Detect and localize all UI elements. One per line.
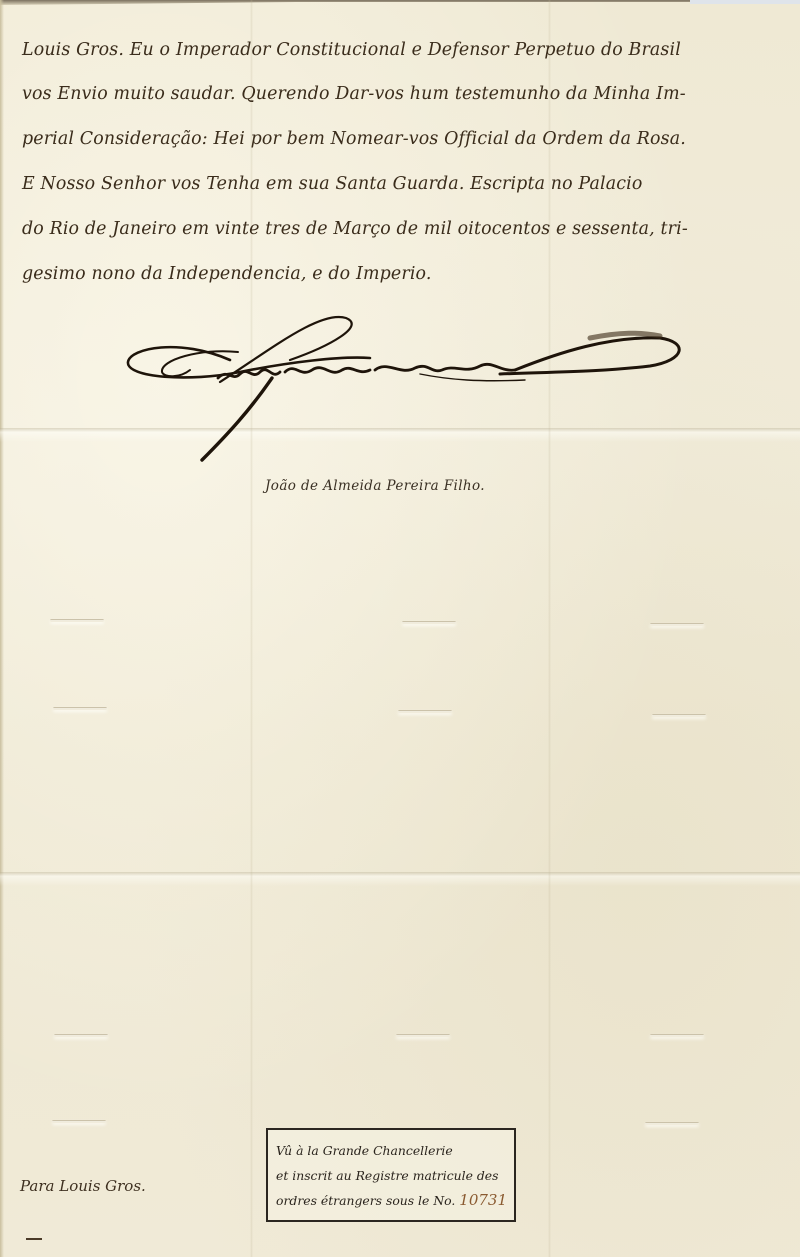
ribbon-slit: [645, 1122, 699, 1125]
registration-stamp: Vû à la Grande Chancellerie et inscrit a…: [266, 1128, 516, 1222]
letter-line: perial Consideração: Hei por bem Nomear-…: [22, 129, 686, 149]
ribbon-slit: [52, 1120, 106, 1123]
ribbon-slit: [50, 619, 104, 622]
imperial-signature: Imperador: [120, 300, 690, 470]
ink-mark: [26, 1238, 42, 1240]
stamp-line: et inscrit au Registre matricule des: [276, 1163, 508, 1188]
paper-left-edge: [0, 0, 4, 1257]
signature-flourish-icon: [120, 300, 690, 470]
stamp-number-prefix: No.: [433, 1193, 455, 1208]
stamp-registry-number: 10731: [459, 1191, 507, 1209]
stamp-line: ordres étrangers sous le: [276, 1193, 429, 1208]
ribbon-slit: [396, 1034, 450, 1037]
ribbon-slit: [650, 623, 704, 626]
letter-line: do Rio de Janeiro em vinte tres de Março…: [22, 219, 688, 239]
letter-line: vos Envio muito saudar. Querendo Dar-vos…: [22, 84, 686, 104]
signature-text: Imperador: [120, 300, 121, 301]
ribbon-slit: [402, 621, 456, 624]
stamp-line: Vû à la Grande Chancellerie: [276, 1138, 508, 1163]
ribbon-slit: [650, 1034, 704, 1037]
countersignature: João de Almeida Pereira Filho.: [265, 478, 485, 494]
ribbon-slit: [398, 710, 452, 713]
ribbon-slit: [54, 1034, 108, 1037]
addressee-line: Para Louis Gros.: [20, 1177, 146, 1195]
letter-line: Louis Gros. Eu o Imperador Constituciona…: [22, 40, 681, 60]
stamp-line-with-number: ordres étrangers sous le No. 10731: [276, 1188, 508, 1213]
fold-crease: [0, 872, 800, 886]
letter-line: gesimo nono da Independencia, e do Imper…: [22, 264, 432, 284]
paper-top-edge-gap: [690, 0, 800, 4]
ribbon-slit: [53, 707, 107, 710]
ribbon-slit: [652, 714, 706, 717]
letter-line: E Nosso Senhor vos Tenha em sua Santa Gu…: [22, 174, 642, 194]
